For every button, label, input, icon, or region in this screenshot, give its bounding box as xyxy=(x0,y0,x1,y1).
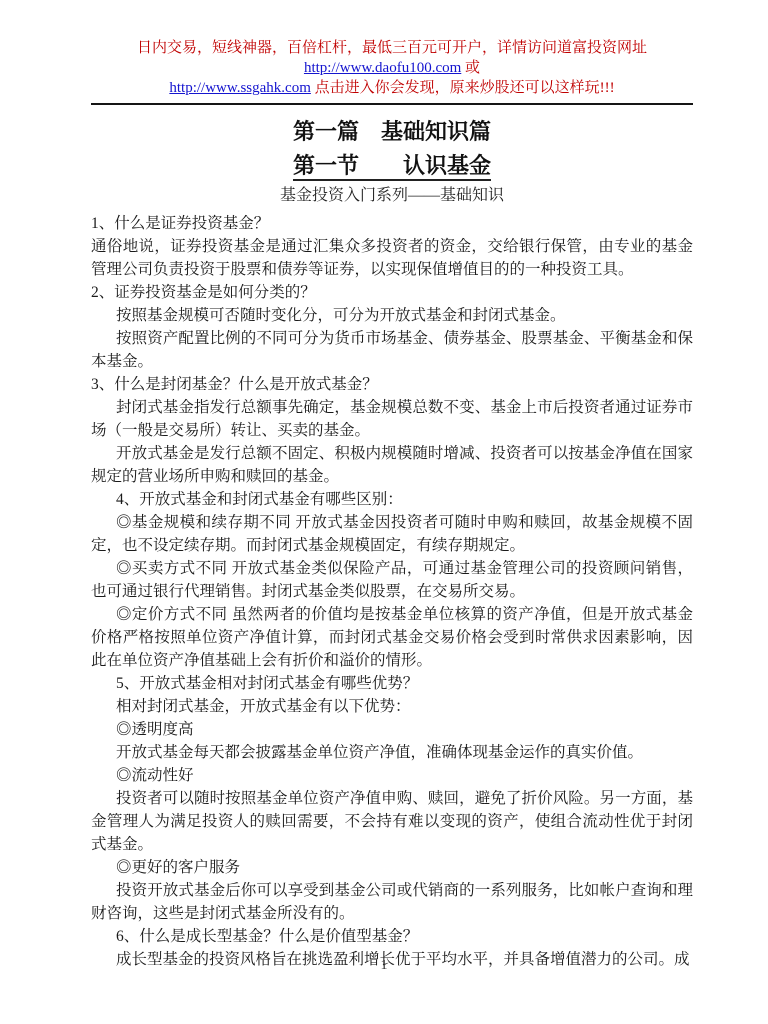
paragraph-a3-open: 开放式基金是发行总额不固定、积极内规模随时增减、投资者可以按基金净值在国家规定的… xyxy=(91,442,693,488)
section-title-text: 第一节 认识基金 xyxy=(293,153,491,181)
part-title: 第一篇 基础知识篇 xyxy=(91,118,693,146)
header-promo-text-tail: 点击进入你会发现，原来炒股还可以这样玩!!! xyxy=(311,80,615,96)
paragraph-a2-scale: 按照基金规模可否随时变化分，可分为开放式基金和封闭式基金。 xyxy=(91,304,693,327)
header-promo-text-or: 或 xyxy=(461,60,480,76)
content-column: 日内交易，短线神器，百倍杠杆，最低三百元可开户，详情访问道富投资网址 http:… xyxy=(0,0,768,971)
paragraph-a5-service-body: 投资开放式基金后你可以享受到基金公司或代销商的一系列服务，比如帐户查询和理财咨询… xyxy=(91,879,693,925)
paragraph-a1: 通俗地说，证券投资基金是通过汇集众多投资者的资金，交给银行保管，由专业的基金管理… xyxy=(91,235,693,281)
header-link-daofu100[interactable]: http://www.daofu100.com xyxy=(304,60,461,76)
header-line-2: http://www.ssgahk.com 点击进入你会发现，原来炒股还可以这样… xyxy=(91,78,693,98)
paragraph-q4: 4、开放式基金和封闭式基金有哪些区别： xyxy=(91,488,693,511)
running-header: 日内交易，短线神器，百倍杠杆，最低三百元可开户，详情访问道富投资网址 http:… xyxy=(91,38,693,105)
header-link-ssgahk[interactable]: http://www.ssgahk.com xyxy=(169,80,311,96)
paragraph-a4-scale-duration: ◎基金规模和续存期不同 开放式基金因投资者可随时申购和赎回，故基金规模不固定，也… xyxy=(91,511,693,557)
paragraph-q2: 2、证券投资基金是如何分类的？ xyxy=(91,281,693,304)
document-page: 日内交易，短线神器，百倍杠杆，最低三百元可开户，详情访问道富投资网址 http:… xyxy=(0,0,768,1024)
paragraph-a3-closed: 封闭式基金指发行总额事先确定，基金规模总数不变、基金上市后投资者通过证券市场（一… xyxy=(91,396,693,442)
series-subtitle: 基金投资入门系列——基础知识 xyxy=(91,185,693,207)
document-body: 1、什么是证券投资基金？ 通俗地说，证券投资基金是通过汇集众多投资者的资金，交给… xyxy=(91,212,693,971)
paragraph-q5: 5、开放式基金相对封闭式基金有哪些优势？ xyxy=(91,672,693,695)
paragraph-q1: 1、什么是证券投资基金？ xyxy=(91,212,693,235)
paragraph-a5-intro: 相对封闭式基金，开放式基金有以下优势： xyxy=(91,695,693,718)
section-title: 第一节 认识基金 xyxy=(91,152,693,180)
paragraph-q3: 3、什么是封闭基金？什么是开放式基金？ xyxy=(91,373,693,396)
paragraph-a5-transparency-head: ◎透明度高 xyxy=(91,718,693,741)
paragraph-q6: 6、什么是成长型基金？什么是价值型基金？ xyxy=(91,925,693,948)
paragraph-a5-liquidity-head: ◎流动性好 xyxy=(91,764,693,787)
header-line-1: 日内交易，短线神器，百倍杠杆，最低三百元可开户，详情访问道富投资网址 http:… xyxy=(91,38,693,78)
paragraph-a4-pricing: ◎定价方式不同 虽然两者的价值均是按基金单位核算的资产净值，但是开放式基金价格严… xyxy=(91,603,693,672)
paragraph-a2-allocation: 按照资产配置比例的不同可分为货币市场基金、债券基金、股票基金、平衡基金和保本基金… xyxy=(91,327,693,373)
paragraph-a4-trading-method: ◎买卖方式不同 开放式基金类似保险产品，可通过基金管理公司的投资顾问销售，也可通… xyxy=(91,557,693,603)
paragraph-a5-transparency-body: 开放式基金每天都会披露基金单位资产净值，准确体现基金运作的真实价值。 xyxy=(91,741,693,764)
header-promo-text: 日内交易，短线神器，百倍杠杆，最低三百元可开户，详情访问道富投资网址 xyxy=(137,40,647,56)
paragraph-a5-service-head: ◎更好的客户服务 xyxy=(91,856,693,879)
paragraph-a5-liquidity-body: 投资者可以随时按照基金单位资产净值申购、赎回，避免了折价风险。另一方面，基金管理… xyxy=(91,787,693,856)
page-number: 1 xyxy=(0,958,768,974)
